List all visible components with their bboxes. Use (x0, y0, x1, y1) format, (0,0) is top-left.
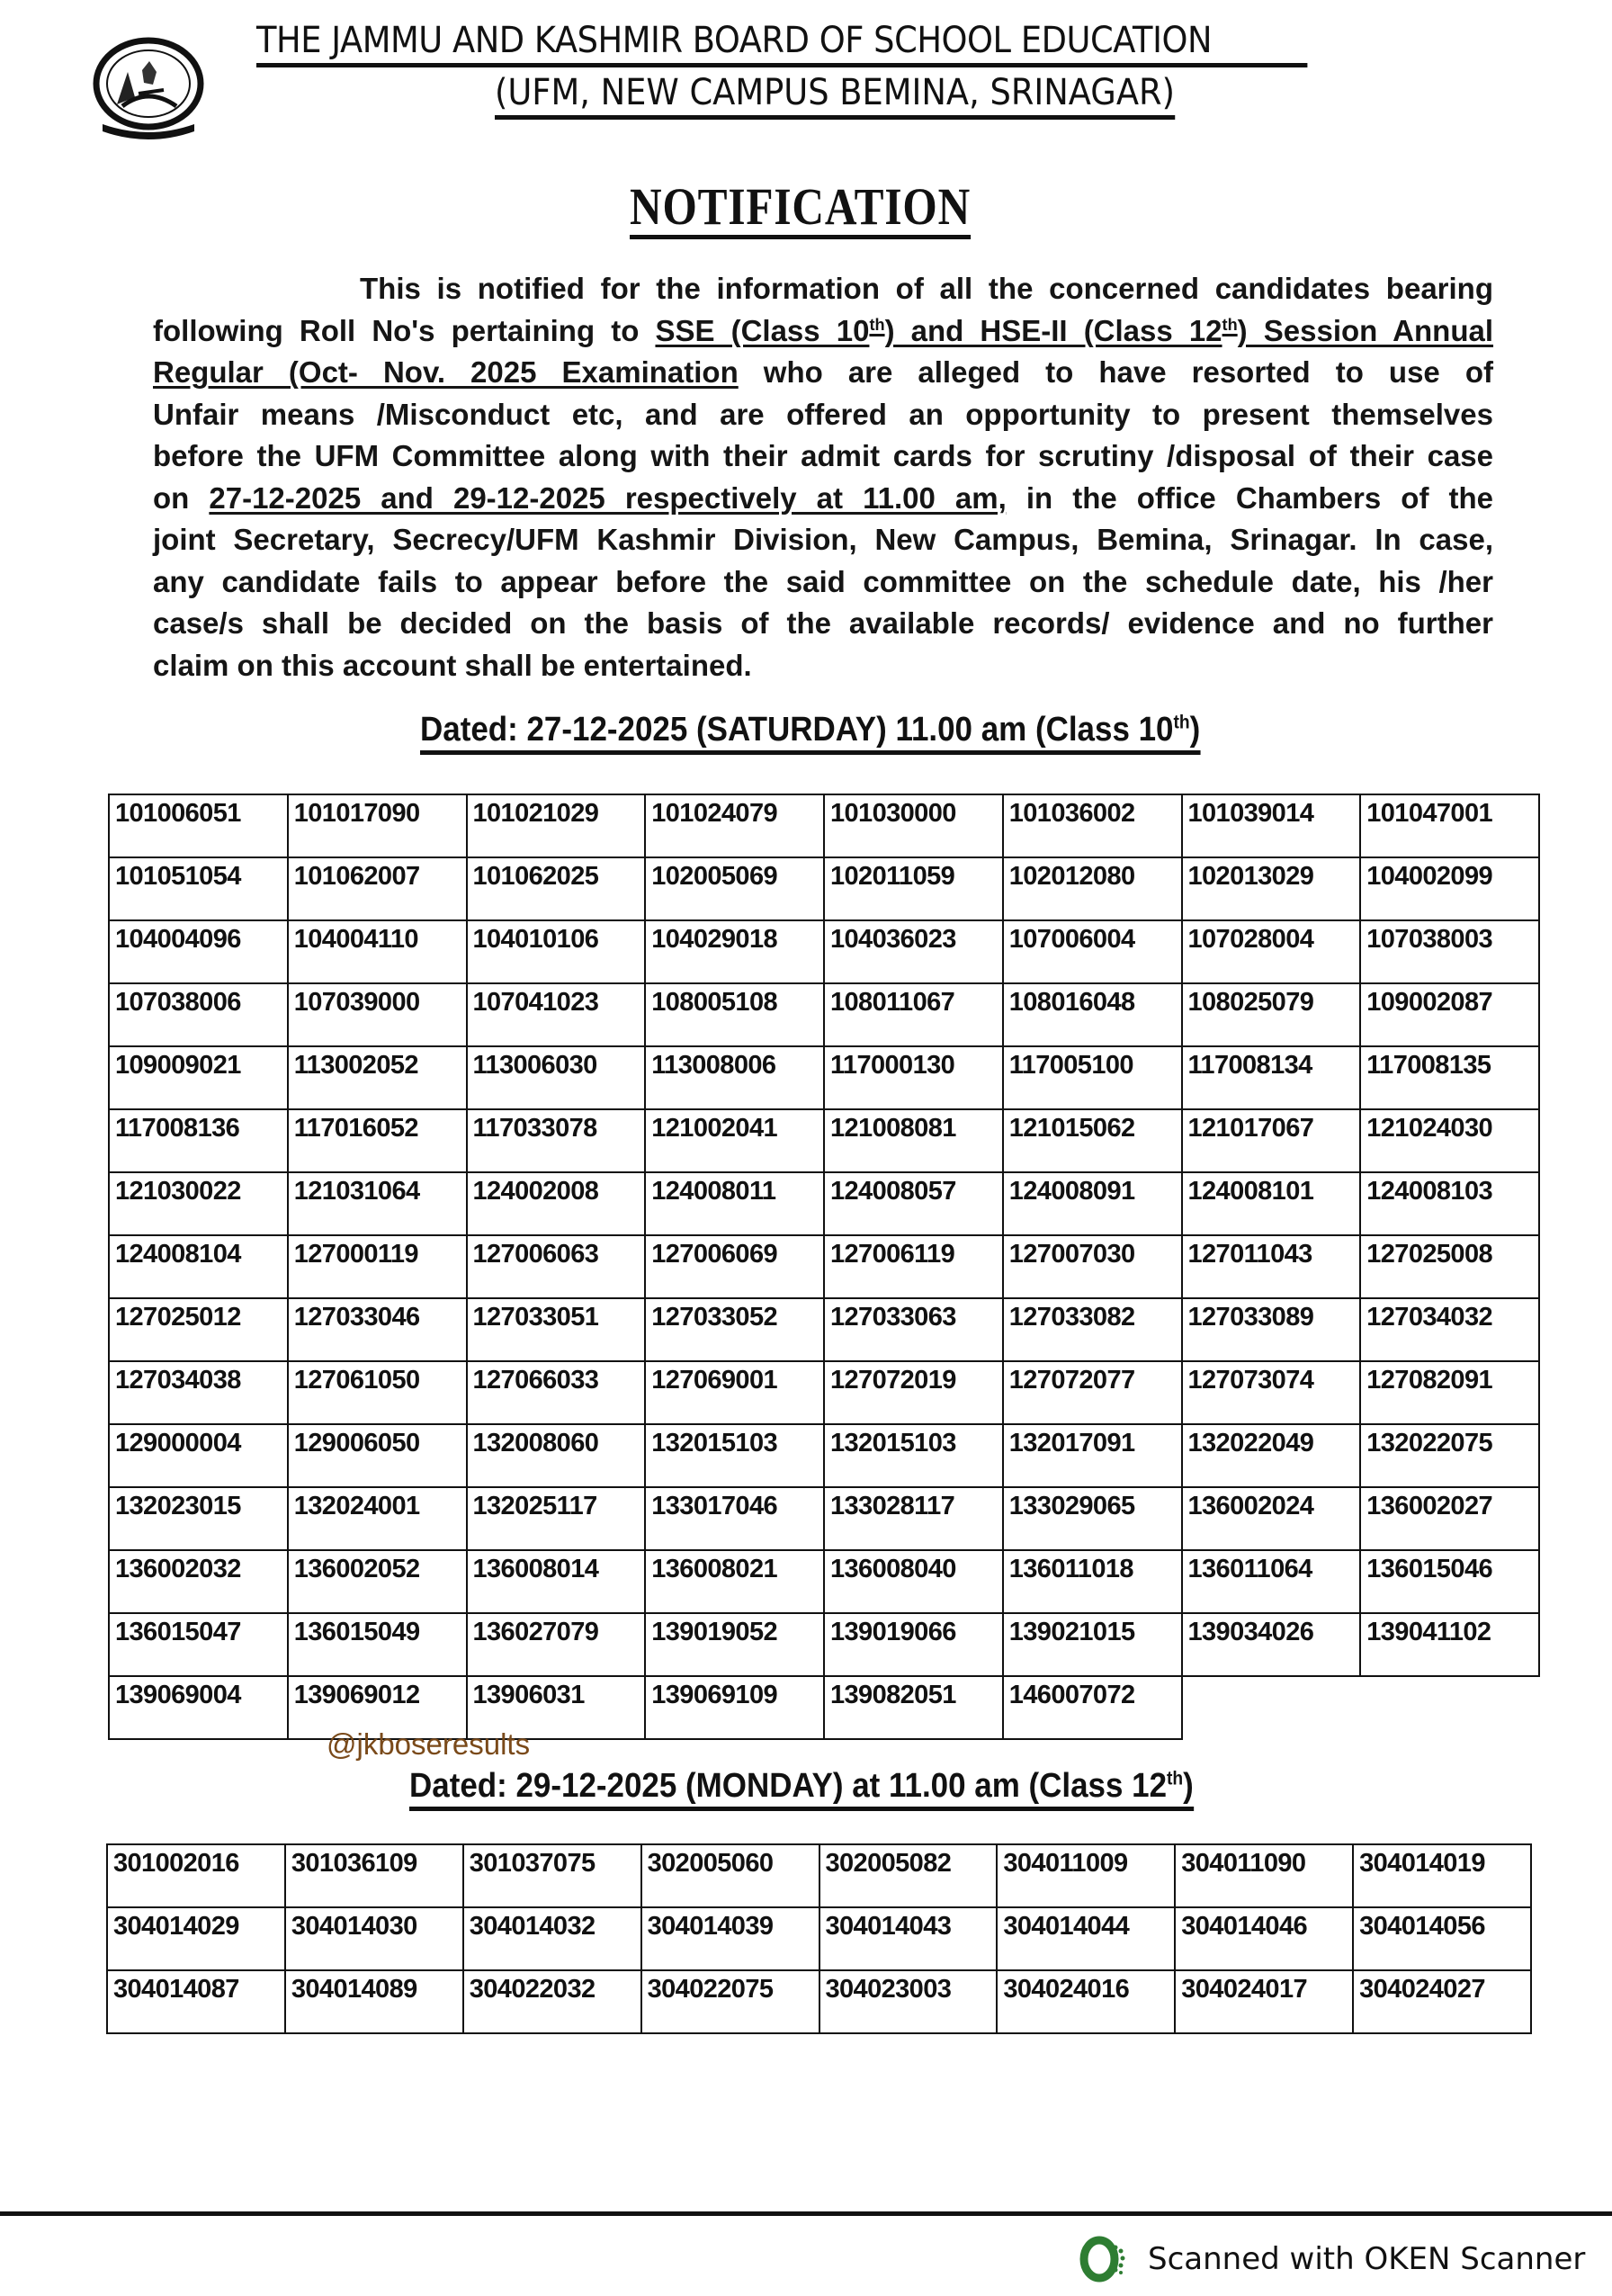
roll-number-cell: 139019052 (645, 1613, 824, 1676)
roll-number-cell: 109009021 (109, 1046, 288, 1109)
roll-number-cell: 121024030 (1360, 1109, 1539, 1172)
roll-number-cell: 301036109 (285, 1844, 463, 1907)
roll-number-cell: 132023015 (109, 1487, 288, 1550)
scanner-badge: Scanned with OKEN Scanner (1079, 2233, 1585, 2285)
roll-number-cell: 136008021 (645, 1550, 824, 1613)
roll-number-cell: 132015103 (645, 1424, 824, 1487)
roll-number-cell: 127011043 (1182, 1235, 1361, 1298)
table-row: 3040140873040140893040220323040220753040… (107, 1970, 1531, 2033)
roll-number-cell: 136002032 (109, 1550, 288, 1613)
table-row: 1240081041270001191270060631270060691270… (109, 1235, 1539, 1298)
roll-number-cell: 102011059 (824, 857, 1003, 920)
roll-number-cell: 302005060 (641, 1844, 819, 1907)
roll-number-cell: 304014030 (285, 1907, 463, 1970)
roll-number-cell: 139069109 (645, 1676, 824, 1739)
roll-number-cell: 301037075 (463, 1844, 641, 1907)
roll-number-cell: 304014056 (1353, 1907, 1531, 1970)
notification-body: This is notified for the information of … (153, 268, 1493, 686)
roll-number-cell: 136015046 (1360, 1550, 1539, 1613)
roll-number-cell: 121031064 (288, 1172, 467, 1235)
roll-number-cell: 302005082 (819, 1844, 998, 1907)
roll-number-cell: 301002016 (107, 1844, 285, 1907)
roll-number-cell: 124002008 (467, 1172, 646, 1235)
roll-number-cell: 117000130 (824, 1046, 1003, 1109)
roll-number-cell: 304011090 (1175, 1844, 1353, 1907)
roll-number-cell: 133029065 (1003, 1487, 1182, 1550)
roll-number-cell: 132017091 (1003, 1424, 1182, 1487)
roll-number-cell: 136015047 (109, 1613, 288, 1676)
roll-number-cell: 108011067 (824, 983, 1003, 1046)
roll-number-cell: 101030000 (824, 794, 1003, 857)
table-row: 3010020163010361093010370753020050603020… (107, 1844, 1531, 1907)
roll-number-cell: 107028004 (1182, 920, 1361, 983)
watermark-handle: @jkboseresults (327, 1727, 530, 1762)
roll-number-cell: 108016048 (1003, 983, 1182, 1046)
roll-number-cell: 127082091 (1360, 1361, 1539, 1424)
roll-number-cell: 136015049 (288, 1613, 467, 1676)
roll-number-cell: 139019066 (824, 1613, 1003, 1676)
class-12-schedule-heading: Dated: 29-12-2025 (MONDAY) at 11.00 am (… (409, 1767, 1194, 1811)
roll-number-cell: 127025008 (1360, 1235, 1539, 1298)
roll-number-cell: 117008136 (109, 1109, 288, 1172)
roll-number-cell: 121015062 (1003, 1109, 1182, 1172)
roll-number-cell: 304014046 (1175, 1907, 1353, 1970)
table-row: 1360150471360150491360270791390190521390… (109, 1613, 1539, 1676)
table-row: 1320230151320240011320251171330170461330… (109, 1487, 1539, 1550)
table-row: 1270250121270330461270330511270330521270… (109, 1298, 1539, 1361)
roll-number-cell: 117033078 (467, 1109, 646, 1172)
roll-number-cell: 121002041 (645, 1109, 824, 1172)
body-line: Regular (Oct- Nov. 2025 Examination who … (153, 352, 1493, 394)
roll-number-cell: 102013029 (1182, 857, 1361, 920)
roll-number-cell: 104036023 (824, 920, 1003, 983)
roll-number-cell: 304024016 (997, 1970, 1175, 2033)
roll-number-cell: 104029018 (645, 920, 824, 983)
roll-number-cell: 139069004 (109, 1676, 288, 1739)
table-row: 1210300221210310641240020081240080111240… (109, 1172, 1539, 1235)
roll-number-cell: 304014089 (285, 1970, 463, 2033)
table-row: 1290000041290060501320080601320151031320… (109, 1424, 1539, 1487)
roll-number-cell: 133017046 (645, 1487, 824, 1550)
roll-number-cell: 136002027 (1360, 1487, 1539, 1550)
roll-number-cell: 129000004 (109, 1424, 288, 1487)
table-row: 3040140293040140303040140323040140393040… (107, 1907, 1531, 1970)
roll-number-cell: 101024079 (645, 794, 824, 857)
roll-number-cell: 136027079 (467, 1613, 646, 1676)
roll-number-cell: 127000119 (288, 1235, 467, 1298)
roll-number-cell: 146007072 (1003, 1676, 1182, 1739)
roll-number-cell: 101039014 (1182, 794, 1361, 857)
roll-number-cell: 304014039 (641, 1907, 819, 1970)
class-12-roll-number-table: 3010020163010361093010370753020050603020… (106, 1843, 1532, 2034)
table-row: 1010060511010170901010210291010240791010… (109, 794, 1539, 857)
roll-number-cell: 102005069 (645, 857, 824, 920)
body-line: any candidate fails to appear before the… (153, 561, 1493, 604)
roll-number-cell: 127034032 (1360, 1298, 1539, 1361)
roll-number-cell: 127069001 (645, 1361, 824, 1424)
roll-number-cell: 101051054 (109, 857, 288, 920)
roll-number-cell: 132015103 (824, 1424, 1003, 1487)
roll-number-cell: 127006069 (645, 1235, 824, 1298)
oken-scanner-logo-icon (1079, 2233, 1132, 2285)
roll-number-cell: 124008091 (1003, 1172, 1182, 1235)
body-line: This is notified for the information of … (153, 268, 1493, 310)
roll-number-cell: 101062025 (467, 857, 646, 920)
roll-number-cell: 124008011 (645, 1172, 824, 1235)
organization-name: THE JAMMU AND KASHMIR BOARD OF SCHOOL ED… (256, 20, 1307, 67)
roll-number-cell: 304022075 (641, 1970, 819, 2033)
roll-number-cell: 101006051 (109, 794, 288, 857)
roll-number-cell: 136008014 (467, 1550, 646, 1613)
table-row: 1390690041390690121390603113906910913908… (109, 1676, 1539, 1739)
roll-number-cell: 127007030 (1003, 1235, 1182, 1298)
roll-number-cell: 132025117 (467, 1487, 646, 1550)
roll-number-cell: 304014019 (1353, 1844, 1531, 1907)
body-line: Unfair means /Misconduct etc, and are of… (153, 394, 1493, 436)
roll-number-cell: 113006030 (467, 1046, 646, 1109)
roll-number-cell: 108025079 (1182, 983, 1361, 1046)
roll-number-cell: 127073074 (1182, 1361, 1361, 1424)
roll-number-cell: 127066033 (467, 1361, 646, 1424)
roll-number-cell: 124008101 (1182, 1172, 1361, 1235)
table-row: 1270340381270610501270660331270690011270… (109, 1361, 1539, 1424)
roll-number-cell: 136002052 (288, 1550, 467, 1613)
roll-number-cell: 107038003 (1360, 920, 1539, 983)
roll-number-cell: 304014043 (819, 1907, 998, 1970)
roll-number-cell: 304011009 (997, 1844, 1175, 1907)
roll-number-cell: 117016052 (288, 1109, 467, 1172)
roll-number-cell: 121030022 (109, 1172, 288, 1235)
roll-number-cell: 104002099 (1360, 857, 1539, 920)
roll-number-cell: 117008135 (1360, 1046, 1539, 1109)
roll-number-cell: 139082051 (824, 1676, 1003, 1739)
roll-number-cell: 304023003 (819, 1970, 998, 2033)
roll-number-cell: 127006119 (824, 1235, 1003, 1298)
roll-number-cell: 124008057 (824, 1172, 1003, 1235)
table-row: 1090090211130020521130060301130080061170… (109, 1046, 1539, 1109)
roll-number-cell: 107041023 (467, 983, 646, 1046)
roll-number-cell: 127034038 (109, 1361, 288, 1424)
roll-number-cell: 101062007 (288, 857, 467, 920)
roll-number-cell: 117005100 (1003, 1046, 1182, 1109)
roll-number-cell: 107038006 (109, 983, 288, 1046)
table-row: 1040040961040041101040101061040290181040… (109, 920, 1539, 983)
roll-number-cell: 127072077 (1003, 1361, 1182, 1424)
roll-number-cell: 139041102 (1360, 1613, 1539, 1676)
body-line: claim on this account shall be entertain… (153, 645, 1493, 687)
roll-number-cell: 127072019 (824, 1361, 1003, 1424)
table-row: 1170081361170160521170330781210020411210… (109, 1109, 1539, 1172)
roll-number-cell: 109002087 (1360, 983, 1539, 1046)
roll-number-cell: 132024001 (288, 1487, 467, 1550)
table-row: 1010510541010620071010620251020050691020… (109, 857, 1539, 920)
roll-number-cell: 139021015 (1003, 1613, 1182, 1676)
jkbose-emblem-icon (90, 34, 207, 146)
class-10-schedule-heading: Dated: 27-12-2025 (SATURDAY) 11.00 am (C… (420, 711, 1200, 755)
roll-number-cell: 102012080 (1003, 857, 1182, 920)
roll-number-cell: 132008060 (467, 1424, 646, 1487)
roll-number-cell: 304014032 (463, 1907, 641, 1970)
roll-number-cell: 104004096 (109, 920, 288, 983)
roll-number-cell: 101047001 (1360, 794, 1539, 857)
roll-number-cell: 304022032 (463, 1970, 641, 2033)
roll-number-cell: 304024017 (1175, 1970, 1353, 2033)
roll-number-cell: 127033052 (645, 1298, 824, 1361)
roll-number-cell: 127025012 (109, 1298, 288, 1361)
roll-number-cell: 108005108 (645, 983, 824, 1046)
roll-number-cell: 132022075 (1360, 1424, 1539, 1487)
organization-subtitle: (UFM, NEW CAMPUS BEMINA, SRINAGAR) (495, 72, 1175, 120)
roll-number-cell: 136008040 (824, 1550, 1003, 1613)
roll-number-cell: 101017090 (288, 794, 467, 857)
roll-number-cell: 304024027 (1353, 1970, 1531, 2033)
roll-number-cell: 133028117 (824, 1487, 1003, 1550)
class-10-roll-number-table: 1010060511010170901010210291010240791010… (108, 794, 1540, 1740)
roll-number-cell: 136002024 (1182, 1487, 1361, 1550)
page-title: NOTIFICATION (630, 180, 971, 239)
scanner-label: Scanned with OKEN Scanner (1148, 2241, 1585, 2277)
table-row: 1360020321360020521360080141360080211360… (109, 1550, 1539, 1613)
roll-number-cell: 117008134 (1182, 1046, 1361, 1109)
roll-number-cell: 127033051 (467, 1298, 646, 1361)
roll-number-cell: 127033082 (1003, 1298, 1182, 1361)
table-row: 1070380061070390001070410231080051081080… (109, 983, 1539, 1046)
body-line: before the UFM Committee along with thei… (153, 435, 1493, 478)
roll-number-cell: 107039000 (288, 983, 467, 1046)
roll-number-cell: 129006050 (288, 1424, 467, 1487)
roll-number-cell: 104004110 (288, 920, 467, 983)
roll-number-cell: 136011064 (1182, 1550, 1361, 1613)
footer-divider (0, 2211, 1612, 2216)
roll-number-cell: 132022049 (1182, 1424, 1361, 1487)
roll-number-cell: 101036002 (1003, 794, 1182, 857)
roll-number-cell: 124008103 (1360, 1172, 1539, 1235)
empty-cell (1182, 1676, 1361, 1739)
roll-number-cell: 107006004 (1003, 920, 1182, 983)
roll-number-cell: 124008104 (109, 1235, 288, 1298)
body-line: joint Secretary, Secrecy/UFM Kashmir Div… (153, 519, 1493, 561)
body-line: on 27-12-2025 and 29-12-2025 respectivel… (153, 478, 1493, 520)
roll-number-cell: 113002052 (288, 1046, 467, 1109)
roll-number-cell: 127033089 (1182, 1298, 1361, 1361)
roll-number-cell: 104010106 (467, 920, 646, 983)
roll-number-cell: 127061050 (288, 1361, 467, 1424)
roll-number-cell: 101021029 (467, 794, 646, 857)
roll-number-cell: 304014029 (107, 1907, 285, 1970)
body-line: following Roll No's pertaining to SSE (C… (153, 310, 1493, 353)
roll-number-cell: 121008081 (824, 1109, 1003, 1172)
roll-number-cell: 127006063 (467, 1235, 646, 1298)
roll-number-cell: 113008006 (645, 1046, 824, 1109)
roll-number-cell: 304014087 (107, 1970, 285, 2033)
roll-number-cell: 136011018 (1003, 1550, 1182, 1613)
roll-number-cell: 304014044 (997, 1907, 1175, 1970)
empty-cell (1360, 1676, 1539, 1739)
roll-number-cell: 127033063 (824, 1298, 1003, 1361)
roll-number-cell: 121017067 (1182, 1109, 1361, 1172)
roll-number-cell: 127033046 (288, 1298, 467, 1361)
roll-number-cell: 139034026 (1182, 1613, 1361, 1676)
body-line: case/s shall be decided on the basis of … (153, 603, 1493, 645)
